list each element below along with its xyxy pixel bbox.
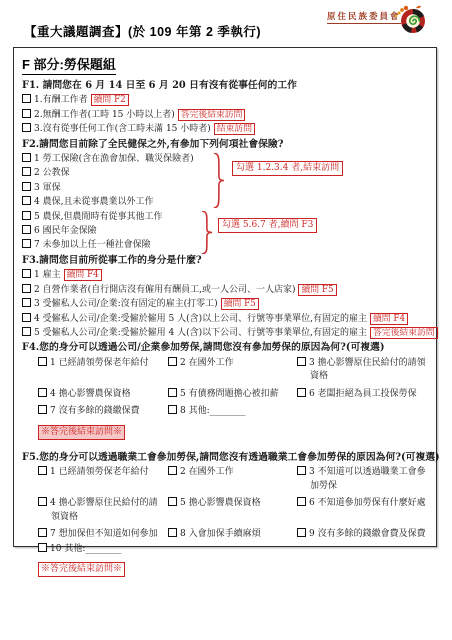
f5-option-row: 7 想加保但不知道如何參加 [38, 528, 165, 542]
option-label: 4 受僱私人公司/企業:受僱於僱用 5 人(含)以上公司、行號等事業單位,有固定… [34, 314, 367, 324]
skip-note: 續問 F5 [221, 298, 259, 310]
checkbox-icon[interactable] [168, 405, 177, 414]
checkbox-icon[interactable] [38, 497, 47, 506]
option-label: 4 擔心影響原住民給付的請領資格 [50, 498, 158, 522]
checkbox-icon[interactable] [22, 109, 31, 118]
checkbox-icon[interactable] [38, 528, 47, 537]
checkbox-icon[interactable] [297, 357, 306, 366]
f2-rule-567: 勾選 5.6.7 者,續問 F3 [218, 218, 317, 233]
checkbox-icon[interactable] [168, 497, 177, 506]
checkbox-icon[interactable] [38, 357, 47, 366]
checkbox-icon[interactable] [22, 327, 31, 336]
option-label: 1 雇主 [34, 270, 61, 280]
f4-option-row: 4 擔心影響農保資格 [38, 388, 165, 402]
checkbox-icon[interactable] [22, 284, 31, 293]
agency-logo-icon [392, 2, 428, 38]
checkbox-icon[interactable] [297, 528, 306, 537]
page-title: 【重大議題調查】(於 109 年第 2 季執行) [24, 22, 261, 40]
f3-question: F3.請問您目前所從事工作的身分是什麼? [22, 254, 428, 268]
agency-name: 原住民族委員會 [327, 10, 401, 24]
f4-option-row: 5 有債務問題擔心被扣薪 [168, 388, 294, 402]
checkbox-icon[interactable] [168, 466, 177, 475]
checkbox-icon[interactable] [22, 225, 31, 234]
option-label: 7 想加保但不知道如何參加 [50, 529, 158, 539]
option-label: 8 入會加保手續麻煩 [180, 529, 261, 539]
f4-option-row: 6 老闆拒絕為員工投保勞保 [297, 388, 428, 402]
option-label: 3 受僱私人公司/企業:沒有固定的雇主(打零工) [34, 299, 218, 309]
f3-option-row: 4 受僱私人公司/企業:受僱於僱用 5 人(含)以上公司、行號等事業單位,有固定… [22, 312, 428, 326]
f5-option-row: 8 入會加保手續麻煩 [168, 528, 294, 542]
f1-option-row: 1.有酬工作者續問 F2 [22, 93, 428, 107]
checkbox-icon[interactable] [22, 153, 31, 162]
option-label: 7 沒有多餘的錢繳保費 [50, 406, 140, 416]
checkbox-icon[interactable] [168, 357, 177, 366]
f5-question: F5.您的身分可以透過職業工會參加勞保,請問您沒有透過職業工會參加勞保的原因為何… [22, 451, 428, 465]
f5-option-row: 6 不知道參加勞保有什麼好處 [297, 497, 428, 524]
checkbox-icon[interactable] [22, 123, 31, 132]
skip-note: 答完後結束訪問 [370, 327, 438, 339]
f4-options-grid: 1 已經請領勞保老年給付 2 在國外工作 3 擔心影響原住民給付的請領資格 4 … [38, 357, 428, 419]
f5-option-row: 1 已經請領勞保老年給付 [38, 466, 165, 493]
option-label: 2.無酬工作者(工時 15 小時以上者) [34, 110, 175, 120]
f5-option-row: 10 其他:________ [38, 542, 428, 556]
checkbox-icon[interactable] [22, 313, 31, 322]
checkbox-icon[interactable] [22, 211, 31, 220]
f2-options-block: 1 勞工保險(含在漁會加保、職災保險者) 2 公教保 3 軍保 4 農保,且未從… [22, 152, 428, 253]
option-label: 6 國民年金保險 [34, 226, 97, 236]
f2-option-row: 1 勞工保險(含在漁會加保、職災保險者) [22, 152, 428, 166]
option-label: 2 自營作業者(自行開店沒有僱用有酬員工,或一人公司、一人店家) [34, 285, 295, 295]
f5-option-row: 3 不知道可以透過職業工會參加勞保 [297, 466, 428, 493]
checkbox-icon[interactable] [22, 196, 31, 205]
option-label: 1 已經請領勞保老年給付 [50, 358, 149, 368]
option-label: 3.沒有從事任何工作(含工時未滿 15 小時者) [34, 124, 211, 134]
f3-option-row: 2 自營作業者(自行開店沒有僱用有酬員工,或一人公司、一人店家)續問 F5 [22, 283, 428, 297]
checkbox-icon[interactable] [168, 388, 177, 397]
option-label: 10 其他:________ [50, 544, 121, 554]
f5-options-grid: 1 已經請領勞保老年給付 2 在國外工作 3 不知道可以透過職業工會參加勞保 4… [38, 466, 428, 542]
f2-option-row: 7 未參加以上任一種社會保險 [22, 238, 428, 252]
option-label: 2 公教保 [34, 168, 70, 178]
f1-section: F1. 請問您在 6 月 14 日至 6 月 20 日有沒有從事任何的工作 1.… [22, 79, 428, 137]
checkbox-icon[interactable] [22, 94, 31, 103]
f4-question: F4.您的身分可以透過公司/企業參加勞保,請問您沒有參加勞保的原因為何?(可複選… [22, 341, 428, 355]
option-label: 3 軍保 [34, 183, 61, 193]
f4-section: F4.您的身分可以透過公司/企業參加勞保,請問您沒有參加勞保的原因為何?(可複選… [22, 341, 428, 449]
f3-option-row: 5 受僱私人公司/企業:受僱於僱用 4 人(含)以下公司、行號等事業單位,有固定… [22, 326, 428, 340]
checkbox-icon[interactable] [22, 167, 31, 176]
f5-end-note: ※答完後結束訪問※ [38, 562, 125, 577]
f3-option-row: 1 雇主續問 F4 [22, 268, 428, 282]
f4-option-row: 7 沒有多餘的錢繳保費 [38, 405, 165, 419]
checkbox-icon[interactable] [297, 388, 306, 397]
option-label: 3 擔心影響原住民給付的請領資格 [309, 358, 426, 382]
option-label: 5 受僱私人公司/企業:受僱於僱用 4 人(含)以下公司、行號等事業單位,有固定… [34, 328, 367, 338]
option-label: 8 其他:________ [180, 406, 246, 416]
f4-end-note: ※答完後結束訪問※ [38, 425, 125, 440]
option-label: 1 已經請領勞保老年給付 [50, 467, 149, 477]
checkbox-icon[interactable] [22, 269, 31, 278]
f1-option-row: 3.沒有從事任何工作(含工時未滿 15 小時者)結束訪問 [22, 122, 428, 136]
option-label: 3 不知道可以透過職業工會參加勞保 [309, 467, 426, 491]
f5-option-row: 4 擔心影響原住民給付的請領資格 [38, 497, 165, 524]
checkbox-icon[interactable] [22, 239, 31, 248]
checkbox-icon[interactable] [297, 497, 306, 506]
f4-option-row: 2 在國外工作 [168, 357, 294, 384]
option-label: 7 未參加以上任一種社會保險 [34, 240, 151, 250]
f2-question: F2.請問您目前除了全民健保之外,有參加下列何項社會保險? [22, 138, 428, 152]
option-label: 1 勞工保險(含在漁會加保、職災保險者) [34, 154, 194, 164]
checkbox-icon[interactable] [38, 388, 47, 397]
f3-option-row: 3 受僱私人公司/企業:沒有固定的雇主(打零工)續問 F5 [22, 297, 428, 311]
checkbox-icon[interactable] [38, 405, 47, 414]
f1-option-row: 2.無酬工作者(工時 15 小時以上者)答完後結束訪問 [22, 108, 428, 122]
checkbox-icon[interactable] [297, 466, 306, 475]
f5-option-row: 5 擔心影響農保資格 [168, 497, 294, 524]
brace-567-icon [200, 211, 213, 254]
form-body: F 部分:勞保題組 F1. 請問您在 6 月 14 日至 6 月 20 日有沒有… [13, 47, 437, 547]
option-label: 5 有債務問題擔心被扣薪 [180, 389, 279, 399]
checkbox-icon[interactable] [22, 298, 31, 307]
f3-section: F3.請問您目前所從事工作的身分是什麼? 1 雇主續問 F4 2 自營作業者(自… [22, 254, 428, 340]
section-title: F 部分:勞保題組 [22, 54, 116, 75]
f4-option-row: 1 已經請領勞保老年給付 [38, 357, 165, 384]
option-label: 2 在國外工作 [180, 467, 234, 477]
brace-1234-icon [212, 153, 225, 208]
skip-note: 結束訪問 [214, 123, 255, 135]
f5-option-row: 9 沒有多餘的錢繳會費及保費 [297, 528, 428, 542]
checkbox-icon[interactable] [38, 543, 47, 552]
skip-note: 續問 F2 [91, 94, 129, 106]
option-label: 6 不知道參加勞保有什麼好處 [309, 498, 426, 508]
f5-option-row: 2 在國外工作 [168, 466, 294, 493]
option-label: 2 在國外工作 [180, 358, 234, 368]
f4-option-row: 3 擔心影響原住民給付的請領資格 [297, 357, 428, 384]
option-label: 4 擔心影響農保資格 [50, 389, 131, 399]
option-label: 1.有酬工作者 [34, 95, 88, 105]
option-label: 5 擔心影響農保資格 [180, 498, 261, 508]
f5-section: F5.您的身分可以透過職業工會參加勞保,請問您沒有透過職業工會參加勞保的原因為何… [22, 451, 428, 577]
checkbox-icon[interactable] [168, 528, 177, 537]
option-label: 5 農保,但農閒時有從事其他工作 [34, 212, 162, 222]
f2-option-row: 4 農保,且未從事農業以外工作 [22, 195, 428, 209]
f2-rule-1234: 勾選 1.2.3.4 者,結束訪問 [232, 161, 343, 176]
f4-option-row: 8 其他:________ [168, 405, 294, 419]
skip-note: 續問 F4 [64, 269, 102, 281]
option-label: 9 沒有多餘的錢繳會費及保費 [309, 529, 426, 539]
skip-note: 答完後結束訪問 [178, 109, 246, 121]
f2-section: F2.請問您目前除了全民健保之外,有參加下列何項社會保險? 1 勞工保險(含在漁… [22, 138, 428, 253]
f1-question: F1. 請問您在 6 月 14 日至 6 月 20 日有沒有從事任何的工作 [22, 79, 428, 93]
option-label: 6 老闆拒絕為員工投保勞保 [309, 389, 417, 399]
checkbox-icon[interactable] [22, 182, 31, 191]
option-label: 4 農保,且未從事農業以外工作 [34, 197, 153, 207]
skip-note: 續問 F4 [370, 313, 408, 325]
f2-option-row: 3 軍保 [22, 181, 428, 195]
skip-note: 續問 F5 [298, 284, 336, 296]
checkbox-icon[interactable] [38, 466, 47, 475]
f2-option-row: 2 公教保 [22, 166, 428, 180]
